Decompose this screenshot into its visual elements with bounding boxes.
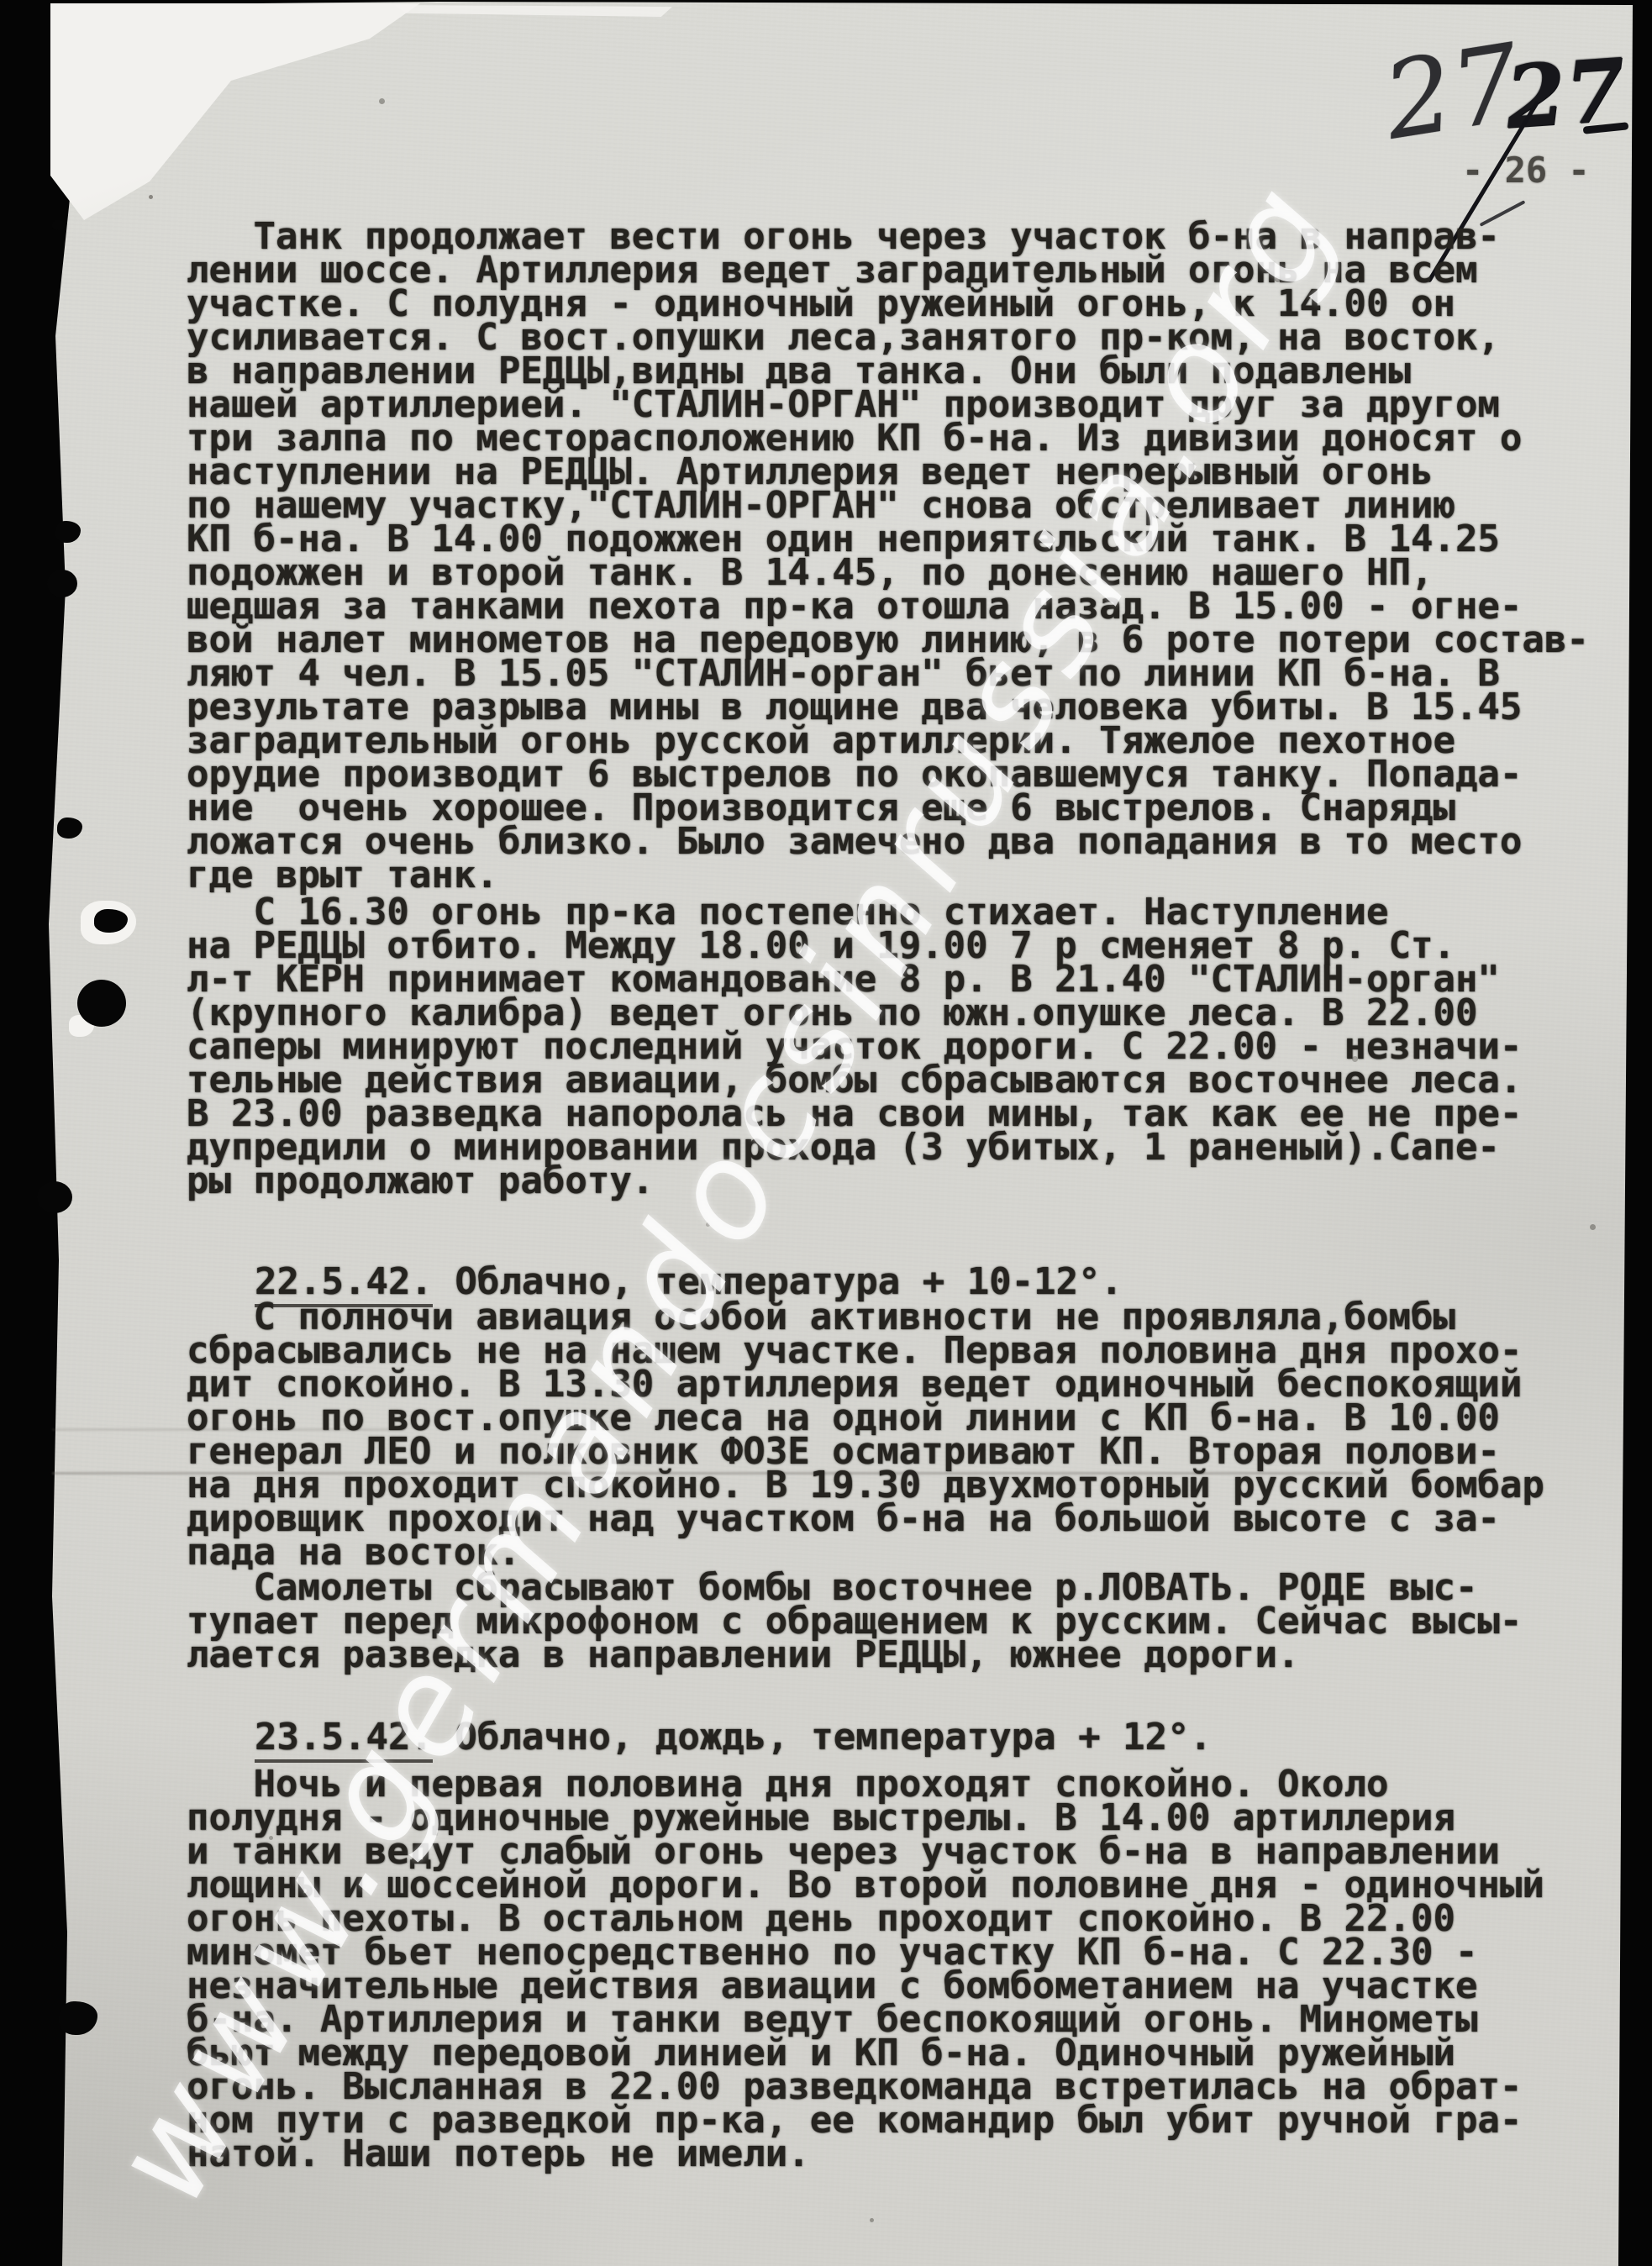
entry-weather: Облачно, дождь, температура + 12°. <box>433 1716 1212 1759</box>
paragraph-23-5-day: Ночь и первая половина дня проходят спок… <box>187 1768 1544 2171</box>
text-line: пада на восток. <box>187 1536 1544 1569</box>
paper-specks <box>0 0 4 4</box>
paragraph-21-5-evening: С 16.30 огонь пр-ка постепенно стихает. … <box>187 896 1522 1198</box>
text-line: натой. Наши потерь не имели. <box>187 2137 1544 2171</box>
punch-hole <box>37 1181 72 1213</box>
text-line: ры продолжают работу. <box>187 1165 1522 1198</box>
entry-date: 23.5.42. <box>255 1716 433 1763</box>
paragraph-22-5-day: С полночи авиация особой активности не п… <box>187 1301 1544 1569</box>
typed-page-number: - 26 - <box>1462 150 1590 191</box>
entry-heading-23-5-42: 23.5.42. Облачно, дождь, температура + 1… <box>187 1721 1212 1754</box>
paragraph-21-5-continuation: Танк продолжает вести огонь через участо… <box>187 220 1589 892</box>
entry-heading-22-5-42: 22.5.42. Облачно, температура + 10-12°. <box>187 1265 1123 1299</box>
document-scan: 27 27 - 26 - Танк продолжает вести огонь… <box>0 0 1652 2266</box>
punch-hole <box>77 980 126 1027</box>
punch-hole <box>47 570 77 597</box>
text-line: где врыт танк. <box>187 859 1589 892</box>
paper-hole <box>52 220 66 230</box>
paragraph-22-5-aircraft: Самолеты сбрасывают бомбы восточнее р.ЛО… <box>187 1571 1522 1672</box>
text-line: лается разведка в направлении РЕДЦЫ, южн… <box>187 1638 1522 1672</box>
